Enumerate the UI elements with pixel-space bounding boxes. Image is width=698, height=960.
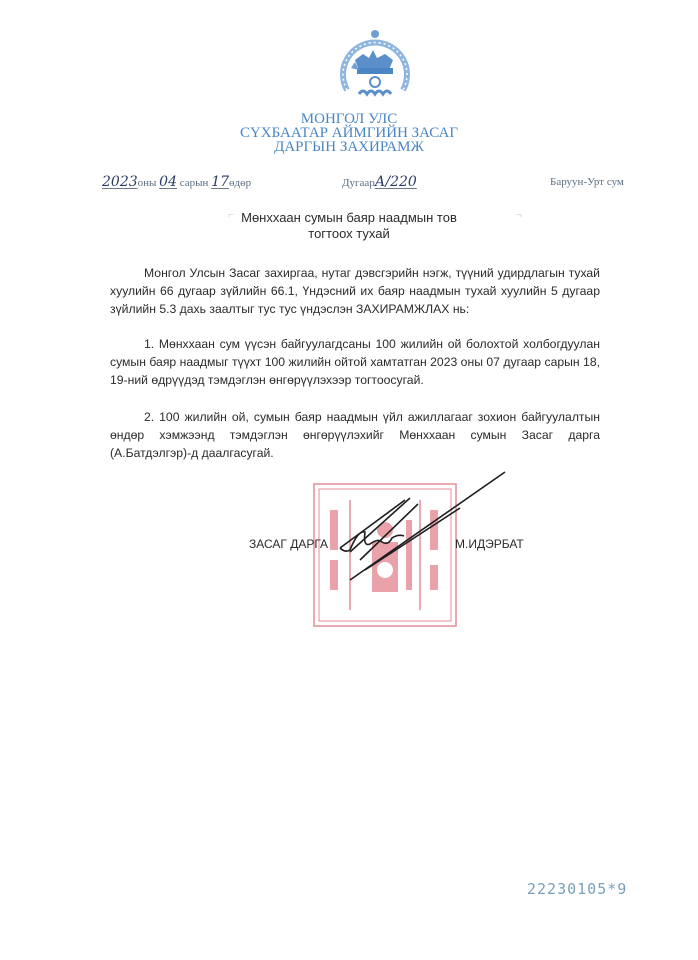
date-day-suffix: өдөр [229, 177, 251, 189]
header-country: МОНГОЛ УЛС [0, 112, 698, 126]
document-date: 2023оны 04 сарын 17өдөр [102, 174, 251, 190]
date-month-suffix: сарын [180, 177, 209, 189]
signatory-title: ЗАСАГ ДАРГА [249, 537, 328, 551]
serial-number: 22230105*9 [527, 880, 627, 898]
number-label: Дугаар [342, 177, 375, 189]
date-day: 17 [211, 174, 229, 190]
document-number: ДугаарА/220 [342, 174, 417, 190]
date-month: 04 [159, 174, 177, 190]
document-meta: 2023оны 04 сарын 17өдөр ДугаарА/220 Бару… [0, 174, 698, 194]
title-line-2: тогтоох тухай [0, 226, 698, 242]
date-year-suffix: оны [138, 177, 157, 189]
order-item-2-text: 2. 100 жилийн ой, сумын баяр наадмын үйл… [110, 410, 600, 460]
number-value: А/220 [375, 174, 417, 190]
header-document-type: ДАРГЫН ЗАХИРАМЖ [0, 140, 698, 154]
order-item-1: 1. Мөнххаан сум үүсэн байгуулагдсаны 100… [110, 335, 600, 389]
document-title: Мөнххаан сумын баяр наадмын тов тогтоох … [0, 210, 698, 242]
signatory-name: М.ИДЭРБАТ [455, 537, 524, 551]
date-year: 2023 [102, 174, 138, 190]
preamble-paragraph: Монгол Улсын Засаг захиргаа, нутаг дэвсг… [110, 264, 600, 318]
title-line-1: Мөнххаан сумын баяр наадмын тов [0, 210, 698, 226]
preamble-text: Монгол Улсын Засаг захиргаа, нутаг дэвсг… [110, 266, 600, 316]
state-emblem-icon [333, 24, 417, 108]
document-place: Баруун-Урт сум [550, 176, 624, 188]
header-province: СҮХБААТАР АЙМГИЙН ЗАСАГ [0, 126, 698, 140]
order-item-1-text: 1. Мөнххаан сум үүсэн байгуулагдсаны 100… [110, 337, 600, 387]
order-item-2: 2. 100 жилийн ой, сумын баяр наадмын үйл… [110, 408, 600, 462]
